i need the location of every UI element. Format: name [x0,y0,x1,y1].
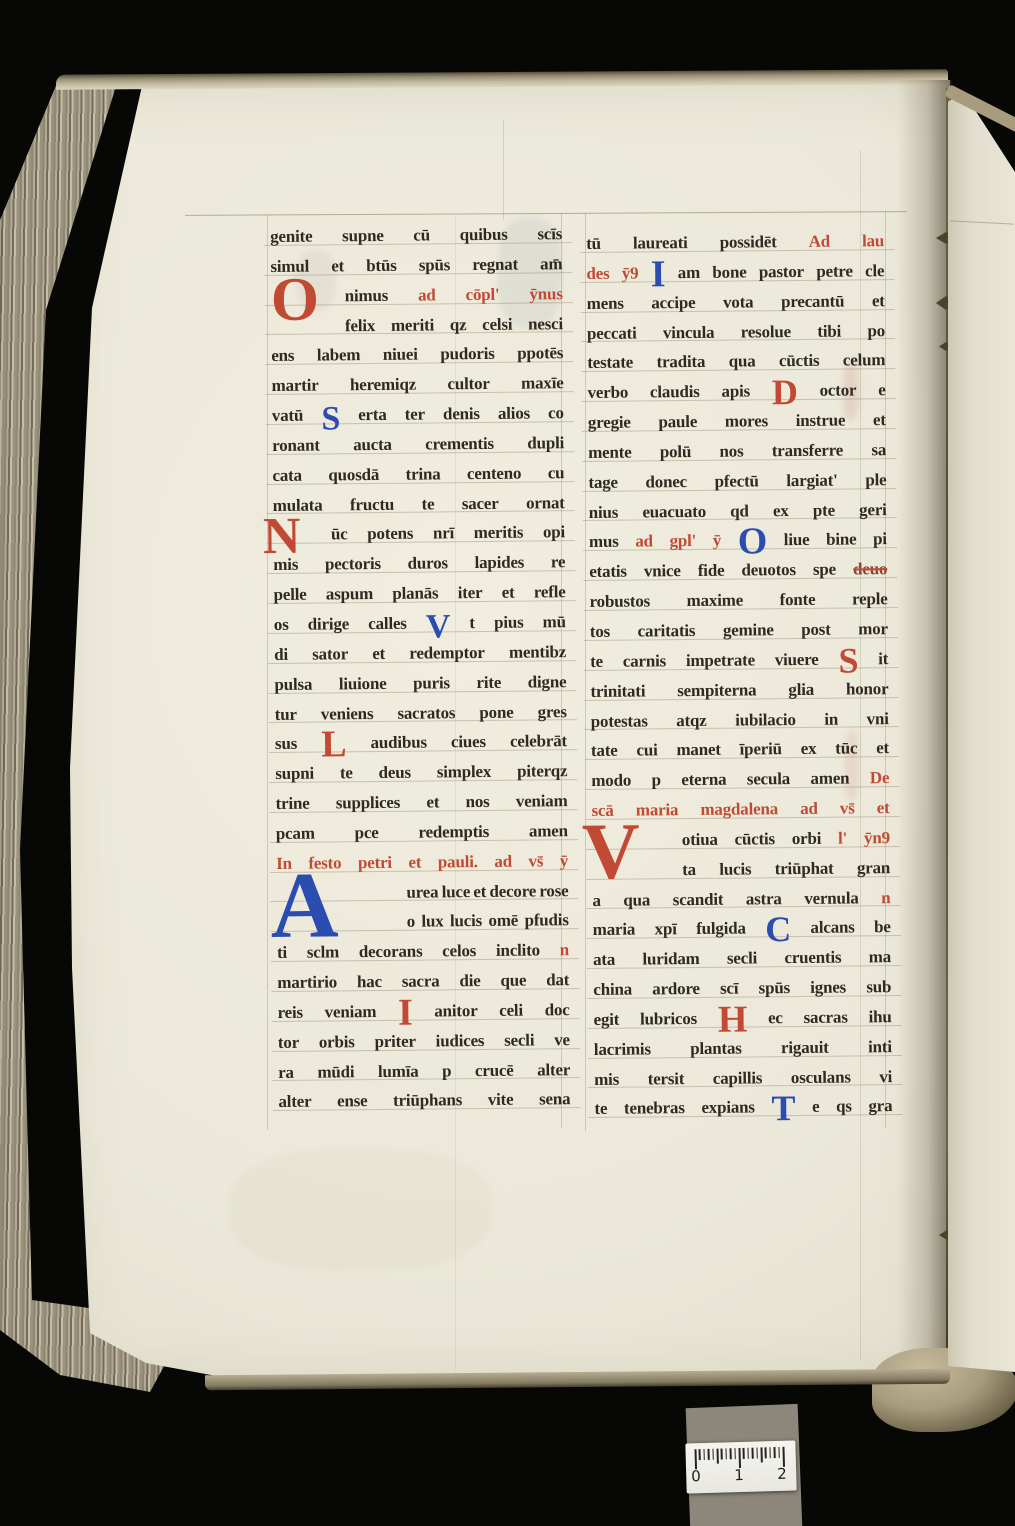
illuminated-initial: O [271,275,320,325]
word: mis [594,1064,619,1094]
word: pi [873,525,887,555]
word: cū [413,220,430,250]
word: mū [542,607,566,637]
text-line: potestasatqziubilacioinvni [591,704,889,737]
word: et [473,877,486,907]
word: maxīe [521,368,564,398]
ruler-tick [699,1449,701,1460]
word: t [469,608,475,638]
word: ȳ [713,526,722,556]
word: decore [489,876,536,906]
word: transferre [772,435,844,466]
word: bone [712,257,746,287]
word: veniam [516,786,568,816]
word: centeno [467,458,522,488]
facing-page-edge [948,60,1015,1372]
word: cle [865,256,885,286]
text-line: enslabemniueipudorisppotēs [271,339,563,372]
ruler-tick [716,1449,718,1464]
ruling-line-vertical [585,213,586,1131]
text-line: cataquosdātrinacentenocu [272,458,564,491]
word: n [881,883,891,913]
word: omē [488,906,518,936]
word: hac [357,967,382,997]
word: et [872,286,885,316]
word: vni [866,704,888,734]
word: ple [865,465,886,495]
word: polū [660,437,692,467]
word: et [873,405,886,435]
ruler-tick [743,1448,745,1459]
word: sena [539,1085,571,1115]
word: am [678,258,701,288]
ruler-tick [769,1447,771,1458]
word: lubricos [640,1004,697,1034]
text-line: susLaudibusciuescelebrāt [275,727,567,760]
text-line: tororbispriteriudicesseclive [278,1025,570,1058]
word: rite [476,667,501,697]
word: amen [810,764,849,794]
word: spūs [758,973,790,1003]
word: fulgida [696,914,746,944]
word: testate [587,348,633,378]
word: lapides [474,548,524,578]
word: sub [866,972,891,1002]
word: ad [494,846,512,876]
word: orbi [792,824,822,854]
word: lumīa [378,1056,419,1086]
text-line: Votiuacūctisorbil'ȳn9 [592,823,890,856]
word: robustos [589,587,650,617]
word: et [877,793,890,823]
word: maria [636,795,679,825]
text-line: tūlaureatipossidētAdlau [586,226,884,259]
word: veniam [324,997,376,1027]
word: ardore [652,974,700,1004]
word: te [590,647,603,677]
word: redemptis [418,817,489,848]
word: tate [591,736,618,766]
word: vs̄ [528,846,543,876]
word: xpī [654,915,676,945]
word: peccati [587,318,637,348]
word: vincula [663,317,715,347]
word: supplices [336,788,401,818]
word: gran [857,853,890,883]
word: ma [869,942,892,972]
word: possidēt [720,227,777,257]
illuminated-initial: V [582,819,640,884]
word: capillis [713,1063,763,1093]
word: sus [275,729,297,759]
word: celsi [482,309,512,339]
text-line: disatoretredemptormentibz [274,637,566,670]
word: ec [768,1003,783,1033]
word: te [594,1094,607,1124]
word: scandit [673,884,724,914]
ruler-tick [721,1449,723,1460]
word: ad [635,527,653,557]
word: pauli. [438,847,478,877]
text-line: tatecuimanetīperiūextūcet [591,733,889,766]
word: sacratos [397,698,455,728]
word: o [407,907,416,937]
word: alter [278,1087,311,1117]
word: ȳn9 [864,823,890,853]
text-line: testatetraditaquacūctiscelum [587,346,885,379]
word: tor [278,1028,299,1058]
word: l' [838,823,847,853]
word: po [867,316,885,346]
text-line: robustosmaximefontereple [589,584,887,617]
text-line: ataluridamseclicruentisma [593,942,891,975]
text-line: tecarnisimpetrateviuereSit [590,644,888,677]
word: crementis [425,429,494,460]
word: crucē [475,1055,514,1085]
word: nimus [345,281,389,311]
word: post [801,615,831,645]
ruler-label: 2 [777,1465,787,1483]
word: martirio [277,967,337,997]
word: tur [275,699,297,729]
word: audibus [370,728,427,758]
word: et [372,639,385,669]
word: ȳ [560,846,569,876]
word: pius [494,608,524,638]
word: ȳnus [529,279,563,309]
word: ens [271,341,294,371]
word: euacuato [642,496,706,526]
word: amen [529,816,568,846]
word: genite [270,222,313,252]
word: iudices [435,1026,484,1056]
word: os [274,610,289,640]
word: triūphat [775,853,834,883]
word: tos [590,617,610,647]
word: tenebras [624,1094,685,1124]
word: maria [593,915,636,945]
word: potens [367,519,413,549]
word: petri [358,848,392,878]
word: des [586,259,609,289]
word: cūctis [734,824,775,854]
word: doc [544,995,569,1025]
word: e [812,1092,820,1122]
scale-ruler: 012 [685,1440,796,1493]
word: n [560,935,570,965]
word: lucis [450,906,482,936]
word: magdalena [700,794,778,825]
word: nos [719,436,743,466]
text-line: tagedonecpfectūlargiat'ple [588,465,886,498]
word: claudis [650,377,700,407]
word: aucta [353,430,392,460]
word: pfectū [714,466,758,496]
word: triūphans [393,1086,462,1117]
word: ense [337,1087,368,1117]
text-line: musadgpl'ȳOliuebinepi [589,525,887,558]
text-line: alterensetriūphansvitesena [278,1085,570,1118]
ruler-tick [756,1448,758,1459]
word: e [878,375,886,405]
word: alcans [810,913,854,943]
word: iter [458,578,483,608]
word: digne [528,667,567,697]
word: deus [378,758,411,788]
word: De [870,763,890,793]
word: orbis [319,1027,355,1057]
word: refle [534,577,566,607]
text-line: martirheremiqzcultormaxīe [271,368,563,401]
ruler-label: 1 [734,1466,744,1484]
word: piterqz [517,756,568,786]
word: modo [591,766,631,796]
word: resolue [741,317,792,347]
word: deuo [853,554,887,584]
word: qs [836,1092,852,1122]
word: Ad [809,227,831,257]
text-line: pelleaspumplanāsiteretrefle [273,577,565,610]
word: atqz [676,705,707,735]
word: et [426,787,439,817]
word: secli [504,1025,534,1055]
ruler-tick [708,1449,710,1460]
word: pfudis [524,906,568,936]
word: glia [788,674,814,704]
text-line: mulatafructutesacerornat [273,488,565,521]
word: geri [859,495,887,525]
word: secli [727,944,757,974]
ruler-tick [703,1449,705,1460]
word: pudoris [440,339,495,369]
word: viuere [775,645,819,675]
word: donec [645,467,687,497]
word: puris [413,668,450,698]
ruler-tick [765,1447,767,1458]
word: tersit [648,1064,685,1094]
word: egit [593,1005,619,1035]
word: spūs [419,250,451,280]
word: btūs [366,251,397,281]
word: rose [539,876,568,906]
word: vnice [644,556,681,586]
word: petre [816,256,853,286]
word: reis [277,998,303,1028]
photograph-canvas: genitesupnecūquibusscīssimuletbtūsspūsre… [0,0,1015,1526]
word: celum [843,346,886,376]
word: trinitati [590,676,645,706]
text-column-right: tūlaureatipossidētAdlaudesȳ9Iambonepasto… [586,226,893,1124]
word: et [502,578,515,608]
word: instrue [796,406,846,436]
word: heremiqz [350,370,416,400]
word: opi [543,518,565,548]
word: pte [813,495,835,525]
word: osculans [791,1062,851,1092]
word: paule [658,407,697,437]
word: cui [636,736,657,766]
word: lucis [719,854,751,884]
ruling-line-vertical [267,215,268,1130]
word: qua [729,347,756,377]
word: felix [345,311,375,341]
word: ignes [810,973,846,1003]
word: otiua [682,825,718,855]
word: vernula [804,883,859,913]
word: celos [442,936,476,966]
text-line: egitlubricosHecsacrasihu [593,1002,891,1035]
text-line: pcampceredemptisamen [276,816,568,849]
word: et [876,733,889,763]
text-line: modopeternaseculaamenDe [591,763,889,796]
word: īperiū [739,734,782,764]
word: cultor [447,369,490,399]
word: caritatis [637,616,695,646]
word: china [593,975,632,1005]
word: fide [698,556,725,586]
gutter-shadow [898,80,952,1375]
word: liuione [339,669,387,699]
text-line: Nūcpotensnrīmeritisopi [273,518,565,551]
word: duros [407,549,448,579]
word: reple [852,584,888,614]
word: te [421,489,434,519]
word: ciues [451,727,486,757]
text-line: gregiepaulemoresinstrueet [588,405,886,438]
word: eterna [681,765,726,795]
ruler-tick [712,1449,714,1460]
word: cata [272,460,302,490]
word: cōpl' [465,279,499,309]
word: gemine [723,615,774,645]
word: anitor [434,996,477,1026]
word: ȳ9 [622,258,639,288]
text-line: mensaccipevotaprecantūet [587,286,885,319]
word: re [551,547,566,577]
word: inti [868,1032,892,1062]
word: expians [701,1093,755,1123]
word: impetrate [686,645,755,676]
word: alios [498,399,530,429]
word: am̄ [540,249,563,279]
word: ata [593,945,615,975]
word: gregie [588,408,631,438]
word: sacer [462,488,499,518]
text-line: trinesupplicesetnosveniam [275,786,567,819]
word: labem [317,341,361,371]
word: ornat [526,488,565,518]
word: maxime [686,586,743,616]
word: quibus [460,220,508,250]
word: di [274,640,288,670]
ruler-tick [774,1447,776,1458]
word: ppotēs [517,339,563,369]
word: et [331,251,344,281]
word: tradita [656,347,705,377]
text-column-left: genitesupnecūquibusscīssimuletbtūsspūsre… [270,219,571,1117]
word: sa [871,435,886,465]
word: liue [784,525,810,555]
word: lacrimis [594,1034,651,1064]
word: rigauit [781,1032,829,1062]
illuminated-initial: N [263,516,301,558]
word: quosdā [328,460,379,490]
word: mens [587,288,624,318]
word: iubilacio [735,705,796,735]
word: luridam [642,944,699,974]
word: mentibz [509,637,566,667]
word: cu [548,458,565,488]
word: in [824,704,838,734]
parchment-stain [230,1150,490,1270]
word: nesci [528,309,563,339]
word: octor [819,376,856,406]
text-line: pulsaliuionepurisritedigne [274,667,566,700]
word: pulsa [274,669,312,699]
word: et [408,847,421,877]
word: vatū [272,401,304,431]
word: erta [358,400,387,430]
word: tibi [817,316,841,346]
word: alter [537,1055,570,1085]
word: denis [443,399,480,429]
word: martir [271,371,318,401]
text-line: tetenebrasexpiansTeqsgra [594,1092,892,1125]
word: co [548,398,564,428]
word: potestas [591,706,648,736]
text-line: mistersitcapillisosculansvi [594,1062,892,1095]
text-line: mentepolūnostransferresa [588,435,886,468]
word: pelle [273,580,306,610]
word: dirige [308,609,350,639]
word: ihu [868,1002,891,1032]
ruler-tick [734,1448,736,1459]
word: etatis [589,557,627,587]
word: supne [342,221,384,251]
text-line: Onimusadcōpl'ȳnus [271,279,563,312]
word: meritis [474,518,524,548]
word: p [651,765,661,795]
word: lux [421,907,443,937]
word: precantū [781,286,845,316]
word: lau [862,226,884,256]
word: tage [588,467,618,497]
word: ex [773,496,789,526]
ruler-tick [760,1447,762,1462]
word: be [874,913,891,943]
text-line: Aurealuceetdecorerose [276,876,568,909]
word: vi [879,1062,892,1092]
word: calles [368,609,407,639]
word: die [459,966,480,996]
parchment-crease [503,120,504,220]
word: ter [405,400,425,430]
word: nos [465,787,489,817]
ruler-tick [730,1448,732,1459]
text-line: reisveniamIanitorcelidoc [277,995,569,1028]
word: tū [586,229,601,259]
word: luce [441,877,470,907]
word: fonte [779,585,815,615]
text-line: desȳ9Iambonepastorpetrecle [586,256,884,289]
illuminated-initial: A [270,868,338,944]
word: celebrāt [510,727,567,757]
word: inclito [496,936,540,966]
word: secula [747,764,790,794]
word: pectoris [325,549,381,579]
text-line: martiriohacsacradiequedat [277,965,569,998]
word: bine [826,525,857,555]
